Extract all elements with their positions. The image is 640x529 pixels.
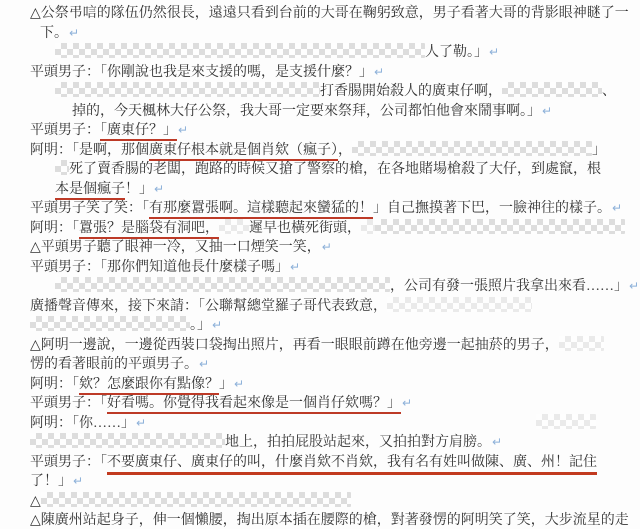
text-run: 愣的看著眼前的平頭男子。 [30, 357, 198, 372]
text-run: 」 [592, 143, 606, 158]
paragraph-mark-icon: ↵ [629, 279, 639, 293]
paragraph-mark-icon: ↵ [492, 435, 502, 449]
text-run: 掉的，今天楓林大仔公祭，我大哥一定要來祭拜，公司都怕他會來鬧事啊。」 [72, 104, 541, 119]
censored-mosaic-block [55, 82, 320, 97]
text-run: △ [30, 494, 41, 509]
red-underlined-text: 有那麼囂張啊。這樣聽起來蠻猛的！ [149, 201, 373, 219]
text-run: 平頭男子：「 [30, 396, 107, 411]
text-line: 平頭男子笑了笑：「有那麼囂張啊。這樣聽起來蠻猛的！」自己撫摸著下巴，一臉神往的樣… [30, 199, 636, 219]
paragraph-mark-icon: ↵ [402, 396, 412, 410]
text-line: △ [30, 492, 636, 512]
text-run: 阿明：「 [30, 221, 79, 236]
text-run: ，公司有發一張照片我拿出來看……」 [390, 279, 628, 294]
paragraph-mark-icon: ↵ [73, 474, 83, 488]
red-underlined-text: 「廣東仔？」 [100, 123, 177, 141]
red-underlined-text: 囂張？是腦袋有洞吧， [79, 221, 219, 239]
text-run: 地上，拍拍屁股站起來，又拍拍對方肩膀。 [225, 435, 491, 450]
red-underlined-text: 欸？怎麼跟你有點像？ [79, 377, 219, 395]
censored-mosaic-block [55, 277, 390, 292]
text-line: △陳廣州站起身子，伸一個懶腰，掏出原本插在腰際的槍，對著發愣的阿明笑了笑，大步流… [30, 511, 636, 529]
text-run: △陳廣州站起身子，伸一個懶腰， [30, 513, 237, 528]
text-run: 、 [602, 84, 616, 99]
text-run: 平頭男子：「那你們知道他長什麼樣子嗎」 [30, 260, 289, 275]
red-underlined-text: 不要廣東仔、廣東仔的叫，什麼肖欸不肖欸，我有名有姓叫做陳、廣、州！記住 [107, 455, 597, 475]
text-line: 了！」↵ [30, 472, 636, 492]
text-line: ，公司有發一張照片我拿出來看……」↵ [30, 277, 636, 297]
censored-mosaic-block [387, 297, 532, 312]
text-line: 人了勒。」↵ [30, 43, 636, 63]
text-line: 平頭男子：「你剛說也我是來支援的嗎，是支援什麼？」↵ [30, 63, 636, 83]
text-run: 平頭男子： [30, 123, 100, 138]
text-line: 平頭男子：「不要廣東仔、廣東仔的叫，什麼肖欸不肖欸，我有名有姓叫做陳、廣、州！記… [30, 453, 636, 473]
text-run: 」自己撫摸著下巴，一臉神往的樣子。 [373, 201, 611, 216]
paragraph-mark-icon: ↵ [199, 357, 209, 371]
document-body: △公祭弔唁的隊伍仍然很長，遠遠只看到台前的大哥在鞠躬致意，男子看著大哥的背影眼神… [30, 4, 636, 529]
text-run: 打香腸開始殺人的廣東仔啊， [320, 84, 502, 99]
censored-mosaic-block [361, 219, 375, 234]
text-line: 。」↵ [30, 316, 636, 336]
paragraph-mark-icon: ↵ [178, 123, 188, 137]
text-line: 愣的看著眼前的平頭男子。↵ [30, 355, 636, 375]
paragraph-mark-icon: ↵ [212, 318, 222, 332]
text-line: 阿明：「囂張？是腦袋有洞吧，遲早也橫死街頭， [30, 219, 636, 239]
paragraph-mark-icon: ↵ [234, 377, 244, 391]
censored-mosaic-block [502, 82, 602, 97]
text-line: 掉的，今天楓林大仔公祭，我大哥一定要來祭拜，公司都怕他會來鬧事啊。」↵ [30, 102, 636, 122]
text-run: △阿明一邊說，一邊從西裝口袋掏出照片，再看一眼眼前蹲在他旁邊一起抽菸的男子， [30, 338, 559, 353]
censored-mosaic-block [30, 316, 190, 331]
censored-mosaic-block [55, 160, 69, 175]
paragraph-mark-icon: ↵ [154, 182, 164, 196]
text-line: 平頭男子：「那你們知道他長什麼樣子嗎」↵ [30, 258, 636, 278]
text-line: 死了賣香腸的老闆，跑路的時候又搶了警察的槍，在各地賭場槍殺了大仔，到處竄，根 [30, 160, 636, 180]
text-run: 阿明：「是啊，那個 [30, 143, 149, 158]
text-run: 阿明：「你……」 [30, 416, 135, 431]
text-run: 平頭男子笑了笑：「 [30, 201, 149, 216]
paragraph-mark-icon: ↵ [542, 104, 552, 118]
text-run: ，對著發愣的阿明笑了笑，大步流星的走 [377, 513, 629, 528]
paragraph-mark-icon: ↵ [612, 201, 622, 215]
censored-mosaic-block [41, 492, 351, 507]
text-line: 阿明：「欸？怎麼跟你有點像？」↵ [30, 375, 636, 395]
paragraph-mark-icon: ↵ [489, 45, 499, 59]
paragraph-mark-icon: ↵ [374, 65, 384, 79]
document-page: △公祭弔唁的隊伍仍然很長，遠遠只看到台前的大哥在鞠躬致意，男子看著大哥的背影眼神… [0, 0, 640, 529]
red-underlined-text: 廣東仔根本就是個肖欸（瘋子） [149, 143, 338, 161]
text-line: 打香腸開始殺人的廣東仔啊，、 [30, 82, 636, 102]
text-run: 」 [219, 377, 233, 392]
censored-mosaic-block [219, 219, 249, 234]
censored-mosaic-block [536, 414, 596, 429]
text-run: 人了勒。」 [425, 45, 488, 60]
censored-mosaic-block [375, 219, 625, 234]
paragraph-mark-icon: ↵ [322, 240, 332, 254]
text-run: △平頭男子聽了眼神一冷，又抽一口煙笑一笑， [30, 240, 321, 255]
text-run: 阿明：「 [30, 377, 79, 392]
text-line: 廣播聲音傳來，接下來請：「公聯幫總堂羅子哥代表致意， [30, 297, 636, 317]
text-run: 廣播聲音傳來，接下來請：「公聯幫總堂羅子哥代表致意， [30, 299, 387, 314]
text-run: 遲早也橫死街頭， [249, 221, 361, 236]
spacer [146, 426, 536, 427]
censored-mosaic-block [55, 43, 425, 58]
paragraph-mark-icon: ↵ [69, 26, 79, 40]
text-run: ， [338, 143, 352, 158]
censored-mosaic-block [559, 336, 604, 351]
text-run: 。」 [190, 318, 211, 333]
text-run: △公祭弔唁的隊伍仍然很長，遠遠只看到台前的大哥在鞠躬致意，男子看著大哥的背影眼神… [30, 6, 629, 21]
text-line: 平頭男子：「廣東仔？」↵ [30, 121, 636, 141]
text-run: 死了賣香腸的老闆，跑路的時候又搶了警察的槍，在各地賭場槍殺了大仔，到處竄，根 [69, 162, 601, 177]
text-line: △阿明一邊說，一邊從西裝口袋掏出照片，再看一眼眼前蹲在他旁邊一起抽菸的男子， [30, 336, 636, 356]
paragraph-mark-icon: ↵ [136, 416, 146, 430]
text-run: ！」 [125, 182, 153, 197]
text-line: 阿明：「你……」↵ [30, 414, 636, 434]
text-line: 下。↵ [30, 24, 636, 44]
text-run: 了！」 [30, 474, 72, 489]
text-line: △公祭弔唁的隊伍仍然很長，遠遠只看到台前的大哥在鞠躬致意，男子看著大哥的背影眼神… [30, 4, 636, 24]
text-line: 平頭男子：「好看嗎。你覺得我看起來像是一個肖仔欸嗎？」↵ [30, 394, 636, 414]
text-run: 下。 [40, 26, 68, 41]
text-line: 地上，拍拍屁股站起來，又拍拍對方肩膀。↵ [30, 433, 636, 453]
text-line: △平頭男子聽了眼神一冷，又抽一口煙笑一笑，↵ [30, 238, 636, 258]
text-run: 平頭男子：「你剛說也我是來支援的嗎，是支援什麼？」 [30, 65, 373, 80]
red-underlined-text: 本是個瘋子 [55, 182, 125, 200]
censored-mosaic-block [30, 433, 225, 448]
censored-mosaic-block [352, 141, 592, 156]
text-line: 阿明：「是啊，那個廣東仔根本就是個肖欸（瘋子），」 [30, 141, 636, 161]
paragraph-mark-icon: ↵ [290, 260, 300, 274]
text-run: 平頭男子：「 [30, 455, 107, 470]
red-underlined-text: 掏出原本插在腰際的槍 [237, 513, 377, 529]
red-underlined-text: 好看嗎。你覺得我看起來像是一個肖仔欸嗎？」 [107, 396, 401, 414]
text-line: 本是個瘋子！」↵ [30, 180, 636, 200]
